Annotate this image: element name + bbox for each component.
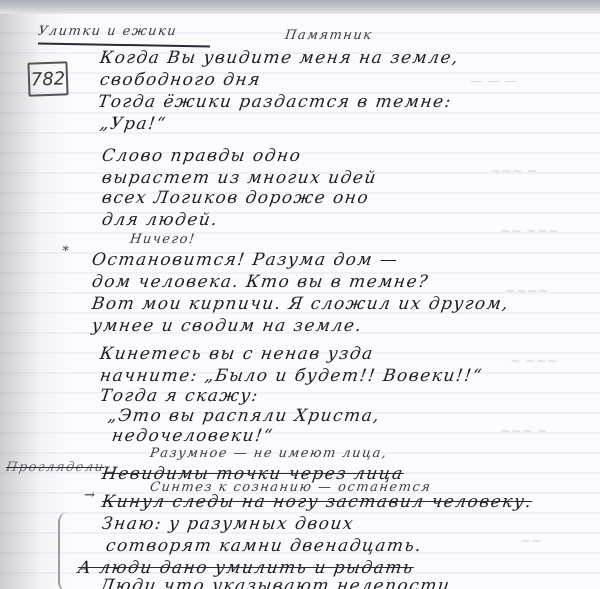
bleed-through-text: ~~~ ~ — [500, 424, 548, 439]
margin-struck-word: Проглядели — [5, 460, 106, 475]
text-line: свободного дня — [99, 70, 263, 90]
text-line: всех Логиков дороже оно — [101, 188, 371, 208]
margin-bracket-mark — [58, 512, 78, 589]
text-line: Тогда ёжики раздастся в темне: — [97, 92, 454, 112]
insertion-text: Ничего! — [129, 232, 197, 247]
text-line: Кинетесь вы с ненав узда — [99, 344, 376, 364]
header-right-title: Памятник — [284, 28, 374, 43]
text-line: Люди что указывают нелепости — [99, 576, 452, 589]
bleed-through-text: ~~ ~~~ — [500, 224, 559, 239]
bleed-through-text: ~~ — [520, 534, 542, 549]
text-line: для людей. — [101, 210, 220, 230]
text-line: вырастет из многих идей — [101, 168, 379, 188]
page-number: 782 — [27, 61, 68, 96]
text-line: Тогда я скажу: — [99, 386, 261, 406]
text-line: Слово правды одно — [101, 146, 303, 166]
text-line: дом человека. Кто вы в темне? — [91, 272, 431, 292]
bleed-through-text: ~~~~ — [505, 284, 549, 299]
bleed-through-text: — — — — [470, 74, 517, 89]
header-left-title: Улитки и ежики — [37, 24, 178, 39]
text-line: „Это вы распяли Христа, — [107, 406, 382, 426]
text-line: „Ура!“ — [99, 114, 168, 134]
text-line: сотворят камни двенадцать. — [105, 536, 424, 556]
text-line: Знаю: у разумных двоих — [101, 514, 356, 534]
insert-star: * — [61, 244, 71, 259]
text-line: недочеловеки!“ — [111, 426, 275, 446]
header-underline — [38, 42, 210, 47]
arrow-mark: → — [83, 488, 98, 503]
notebook-page: — — — ~~~ ~ ~~ ~~~ ~~~~ ~ ~~~ ~~~ ~ ~~ У… — [0, 14, 600, 589]
insertion-text: Разумное — не имеют лица, — [149, 446, 389, 461]
text-line: Остановится! Разума дом — — [91, 250, 400, 270]
text-line: Когда Вы увидите меня на земле, — [99, 48, 461, 68]
text-line: Вот мои кирпичи. Я сложил их другом, — [91, 294, 511, 314]
struck-text-line: А люди дано умилить и рыдать — [77, 558, 416, 578]
bleed-through-text: ~~~ ~ — [490, 164, 538, 179]
bleed-through-text: ~ ~~~ — [510, 354, 558, 369]
struck-text-line: Кинул следы на ногу заставил человеку. — [101, 492, 534, 512]
text-line: начните: „Было и будет!! Вовеки!!“ — [99, 366, 485, 386]
text-line: умнее и сводим на земле. — [91, 316, 364, 336]
